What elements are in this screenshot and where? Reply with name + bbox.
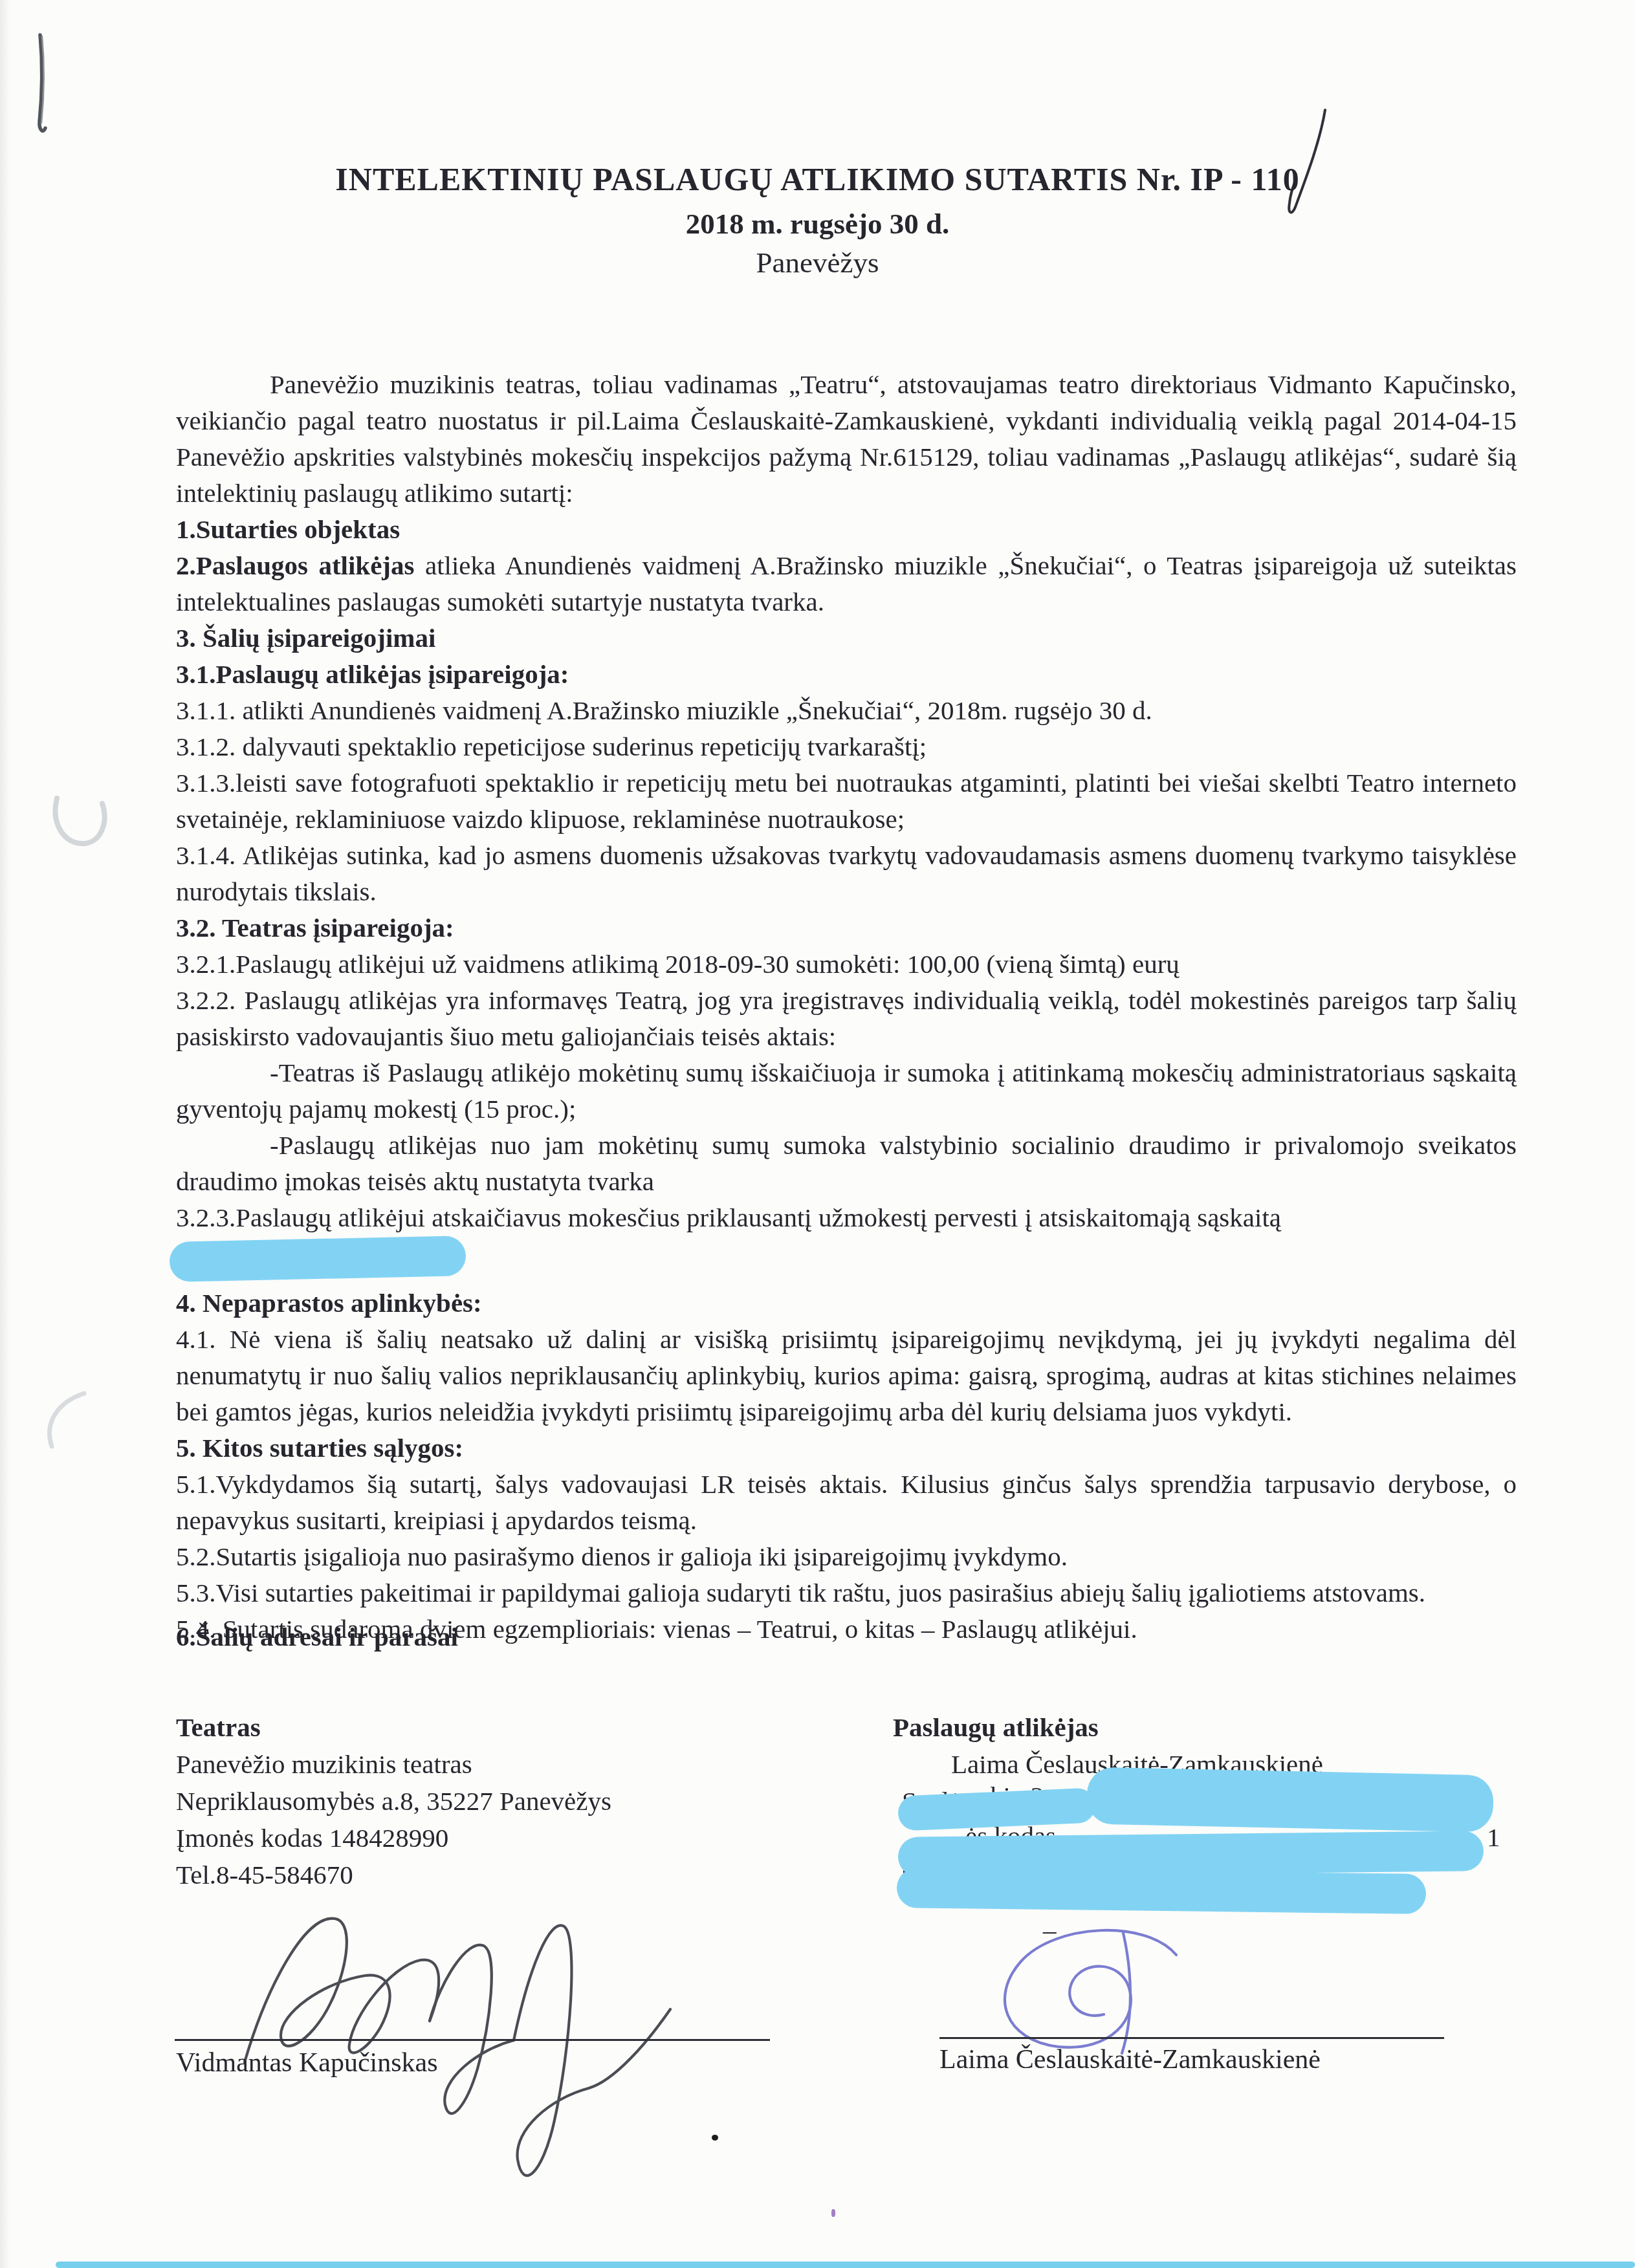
clause-3-2-2-dash1: -Teatras iš Paslaugų atlikėjo mokėtinų s… [176,1054,1517,1127]
clause-3-1-lead: 3.1.Paslaugų atlikėjas įsipareigoja: [176,659,569,689]
clause-1-lead: 1.Sutarties objektas [176,514,400,544]
clause-3-1-2-text: 3.1.2. dalyvauti spektaklio repeticijose… [176,732,927,761]
clause-3-1-2: 3.1.2. dalyvauti spektaklio repeticijose… [176,728,1517,765]
contract-date: 2018 m. rugsėjo 30 d. [0,207,1635,241]
clause-5-3: 5.3.Visi sutarties pakeitimai ir papildy… [176,1575,1517,1611]
redacted-bank-account-line [176,1236,1517,1276]
clause-4-1-text: 4.1. Nė viena iš šalių neatsako už dalin… [176,1324,1517,1426]
scan-edge-artifact [56,2262,1635,2268]
theatre-name-line: Panevėžio muzikinis teatras [176,1746,862,1783]
clause-5-2-text: 5.2.Sutartis įsigalioja nuo pasirašymo d… [176,1542,1068,1571]
margin-smudge-1 [44,784,122,862]
clause-3-1-3: 3.1.3.leisti save fotografuoti spektakli… [176,765,1517,837]
clause-3-2-2-text: 3.2.2. Paslaugų atlikėjas yra informavęs… [176,985,1517,1051]
signer-name-performer: Laima Česlauskaitė-Zamkauskienė [939,2044,1321,2075]
clause-3-2-1-text: 3.2.1.Paslaugų atlikėjui už vaidmens atl… [176,949,1180,979]
party-performer-heading: Paslaugų atlikėjas [893,1709,1546,1746]
intro-paragraph: Panevėžio muzikinis teatras, toliau vadi… [176,366,1517,511]
margin-smudge-2 [36,1384,107,1459]
party-theatre-heading: Teatras [176,1709,862,1746]
scanned-contract-page: INTELEKTINIŲ PASLAUGŲ ATLIKIMO SUTARTIS … [0,0,1635,2268]
clause-3-1-1-text: 3.1.1. atlikti Anundienės vaidmenį A.Bra… [176,695,1152,725]
clause-1: 1.Sutarties objektas [176,511,1517,547]
staple-mark [32,31,54,141]
theatre-code-line: Įmonės kodas 148428990 [176,1820,862,1857]
clause-3-1-1: 3.1.1. atlikti Anundienės vaidmenį A.Bra… [176,692,1517,728]
clause-3-2-2-dash2-text: -Paslaugų atlikėjas nuo jam mokėtinų sum… [176,1130,1517,1196]
clause-3-2-2-dash2: -Paslaugų atlikėjas nuo jam mokėtinų sum… [176,1127,1517,1199]
clause-5: 5. Kitos sutarties sąlygos: [176,1430,1517,1466]
redaction-marker [897,1868,1427,1914]
theatre-address-line: Nepriklausomybės a.8, 35227 Panevėžys [176,1783,862,1820]
clause-5-1-text: 5.1.Vykdydamos šią sutartį, šalys vadova… [176,1469,1517,1535]
clause-2-lead: 2.Paslaugos atlikėjas [176,551,414,580]
clause-3-1-4-text: 3.1.4. Atlikėjas sutinka, kad jo asmens … [176,840,1517,906]
clause-5-lead: 5. Kitos sutarties sąlygos: [176,1433,463,1463]
clause-3-1-3-text: 3.1.3.leisti save fotografuoti spektakli… [176,768,1517,834]
contract-city: Panevėžys [0,246,1635,279]
clause-3-1-4: 3.1.4. Atlikėjas sutinka, kad jo asmens … [176,837,1517,910]
clause-3-2-1: 3.2.1.Paslaugų atlikėjui už vaidmens atl… [176,946,1517,982]
clause-5-1: 5.1.Vykdydamos šią sutartį, šalys vadova… [176,1466,1517,1538]
signature-theatre-director [226,1855,692,2208]
clause-3-2: 3.2. Teatras įsipareigoja: [176,910,1517,946]
redaction-marker [1086,1767,1494,1832]
title-block: INTELEKTINIŲ PASLAUGŲ ATLIKIMO SUTARTIS … [0,160,1635,279]
clause-3-2-lead: 3.2. Teatras įsipareigoja: [176,913,454,943]
clause-3-1: 3.1.Paslaugų atlikėjas įsipareigoja: [176,656,1517,692]
contract-body: Panevėžio muzikinis teatras, toliau vadi… [176,366,1517,1647]
signature-line-theatre [175,2039,770,2041]
clause-3-lead: 3. Šalių įsipareigojimai [176,623,435,653]
clause-2: 2.Paslaugos atlikėjas atlieka Anundienės… [176,547,1517,620]
scan-speck [712,2135,718,2141]
clause-4-lead: 4. Nepaprastos aplinkybės: [176,1288,482,1318]
section-6-heading: 6.Šalių adresai ir parašai [176,1621,458,1652]
scan-speck [831,2209,835,2217]
signature-line-performer [939,2037,1444,2039]
clause-4: 4. Nepaprastos aplinkybės: [176,1285,1517,1321]
clause-3: 3. Šalių įsipareigojimai [176,620,1517,656]
redacted-code-fragment-2: 1 [1487,1819,1500,1856]
redaction-marker [169,1236,466,1282]
clause-5-2: 5.2.Sutartis įsigalioja nuo pasirašymo d… [176,1538,1517,1575]
contract-title: INTELEKTINIŲ PASLAUGŲ ATLIKIMO SUTARTIS … [0,160,1635,198]
clause-4-1: 4.1. Nė viena iš šalių neatsako už dalin… [176,1321,1517,1430]
clause-3-2-2-dash1-text: -Teatras iš Paslaugų atlikėjo mokėtinų s… [176,1058,1517,1124]
clause-3-2-2: 3.2.2. Paslaugų atlikėjas yra informavęs… [176,982,1517,1054]
signer-name-theatre: Vidmantas Kapučinskas [176,2047,438,2078]
party-performer-block: Paslaugų atlikėjas Laima Česlauskaitė-Za… [893,1709,1546,1923]
clause-5-3-text: 5.3.Visi sutarties pakeitimai ir papildy… [176,1578,1425,1608]
clause-3-2-3: 3.2.3.Paslaugų atlikėjui atskaičiavus mo… [176,1199,1517,1236]
clause-3-2-3-text: 3.2.3.Paslaugų atlikėjui atskaičiavus mo… [176,1203,1281,1232]
